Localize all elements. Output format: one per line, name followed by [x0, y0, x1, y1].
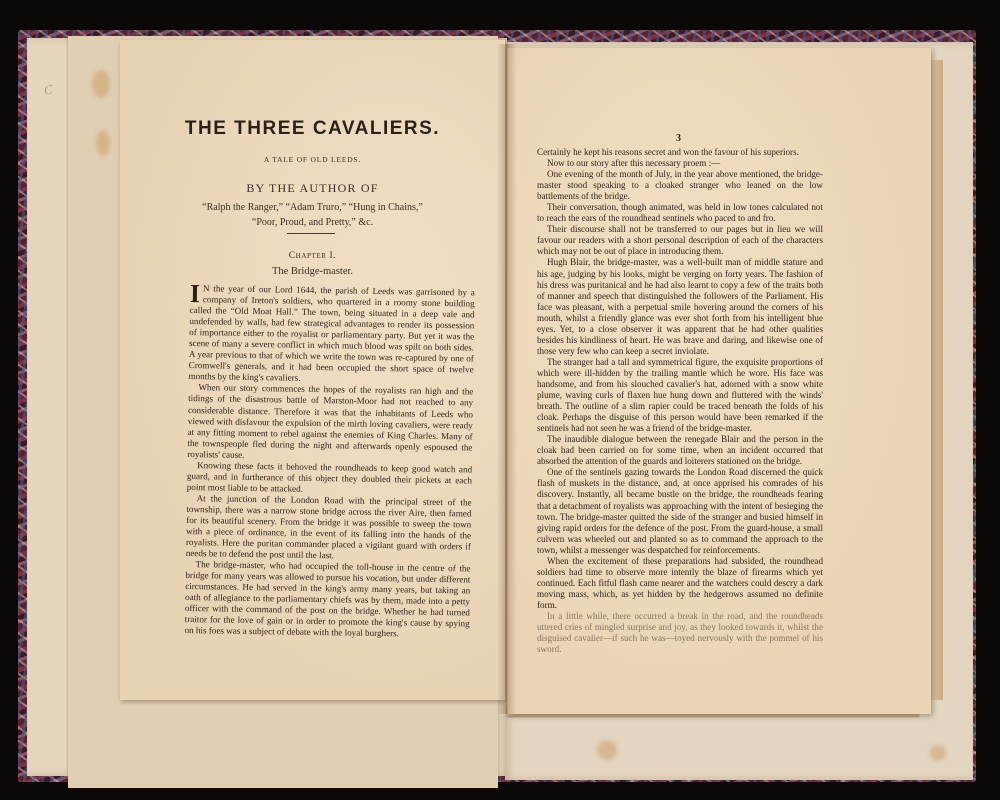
foxing-stain	[597, 740, 617, 760]
foxing-stain	[930, 745, 946, 761]
chapter-title: The Bridge-master.	[120, 266, 505, 277]
dropcap-letter: I	[190, 284, 200, 304]
paragraph: The inaudible dialogue between the reneg…	[537, 434, 823, 467]
paragraph: When the excitement of these preparation…	[537, 556, 823, 611]
paragraph: When our story commences the hopes of th…	[187, 382, 473, 464]
left-page-body: IN the year of our Lord 1644, the parish…	[184, 283, 475, 641]
right-page-body: Certainly he kept his reasons secret and…	[537, 147, 823, 655]
paragraph: One evening of the month of July, in the…	[537, 169, 823, 202]
paragraph: Hugh Blair, the bridge-master, was a wel…	[537, 257, 823, 356]
paragraph: Knowing these facts it behoved the round…	[187, 460, 472, 498]
foxing-stain	[92, 70, 110, 98]
works-line-2: “Poor, Proud, and Pretty,” &c.	[120, 215, 505, 230]
author-byline: BY THE AUTHOR OF	[120, 181, 505, 196]
book-title: THE THREE CAVALIERS.	[120, 118, 505, 140]
paragraph: The bridge-master, who had occupied the …	[184, 559, 470, 641]
paragraph: At the junction of the London Road with …	[186, 493, 472, 564]
book-gutter	[497, 44, 517, 714]
title-divider	[287, 233, 335, 234]
paragraph: Their discourse shall not be transferred…	[537, 224, 823, 257]
paragraph: Now to our story after this necessary pr…	[537, 158, 823, 169]
chapter-heading: Chapter I.	[120, 251, 505, 261]
paragraph: One of the sentinels gazing towards the …	[537, 467, 823, 555]
pencil-annotation: C	[43, 81, 54, 98]
foxing-stain	[96, 130, 110, 156]
works-line-1: “Ralph the Ranger,” “Adam Truro,” “Hung …	[120, 200, 505, 215]
paragraph: Certainly he kept his reasons secret and…	[537, 147, 823, 158]
book-subtitle: A TALE OF OLD LEEDS.	[120, 155, 505, 164]
paragraph: The stranger had a tall and symmetrical …	[537, 357, 823, 434]
paragraph: Their conversation, though animated, was…	[537, 202, 823, 224]
author-works: “Ralph the Ranger,” “Adam Truro,” “Hung …	[120, 200, 505, 230]
paragraph: IN the year of our Lord 1644, the parish…	[188, 283, 475, 387]
page-number: 3	[676, 133, 681, 144]
paragraph: In a little while, there occurred a brea…	[537, 611, 823, 655]
